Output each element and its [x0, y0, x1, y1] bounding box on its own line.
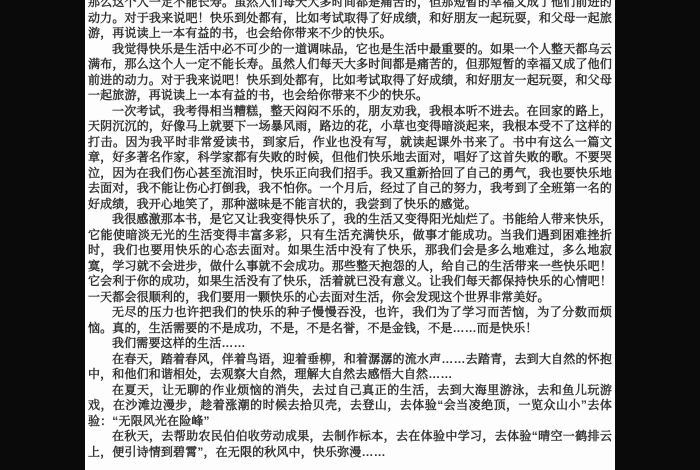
essay-paragraph: 在夏天，让无聊的作业烦恼的消失，去过自己真正的生活，去到大海里游泳，去和鱼儿玩游… — [88, 383, 612, 430]
essay-text-block: 那么这个人一定不能长寿。虽然人们每天大多时间都是痛苦的，但那短暂的幸福又成了他们… — [88, 0, 612, 460]
letterbox-left-bar — [0, 0, 85, 470]
essay-paragraph: 在春天，踏着春风，伴着鸟语，迎着垂柳，和着潺潺的流水声……去踏青，去到大自然的怀… — [88, 352, 612, 383]
essay-paragraph: 一次考试，我考得相当糟糕，整天闷闷不乐的，朋友劝我，我根本听不进去。在回家的路上… — [88, 104, 612, 213]
letterbox-right-bar — [615, 0, 700, 470]
essay-paragraph: 我很感激那本书，是它又让我变得快乐了，我的生活又变得阳光灿烂了。书能给人带来快乐… — [88, 212, 612, 305]
essay-paragraph: 那么这个人一定不能长寿。虽然人们每天大多时间都是痛苦的，但那短暂的幸福又成了他们… — [88, 0, 612, 42]
essay-paragraph: 我觉得快乐是生活中必不可少的一道调味品，它也是生活中最重要的。如果一个人整天都乌… — [88, 42, 612, 104]
essay-screenshot: 那么这个人一定不能长寿。虽然人们每天大多时间都是痛苦的，但那短暂的幸福又成了他们… — [0, 0, 700, 470]
essay-page: 那么这个人一定不能长寿。虽然人们每天大多时间都是痛苦的，但那短暂的幸福又成了他们… — [85, 0, 615, 470]
essay-paragraph: 无尽的压力也许把我们的快乐的种子慢慢吞没，也许，我们为了学习而苦恼，为了分数而烦… — [88, 305, 612, 336]
essay-paragraph: 我们需要这样的生活…… — [88, 336, 612, 352]
essay-paragraph: 在秋天，去帮助农民伯伯收劳动成果，去制作标本，去在体验中学习，去体验“晴空一鹤排… — [88, 429, 612, 460]
